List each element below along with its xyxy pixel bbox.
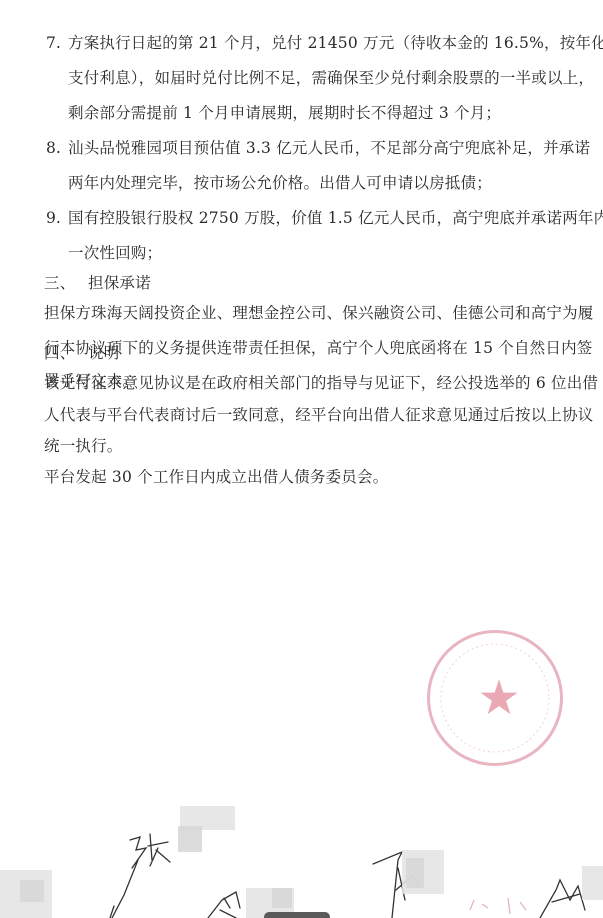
section-4-number: 四、 [44,343,75,363]
section-4-line-3: 统一执行。 [44,436,123,456]
section-3-line-1: 担保方珠海天阔投资企业、理想金控公司、保兴融资公司、佳德公司和高宁为履 [44,303,594,323]
item-number: 8. [46,138,61,158]
mosaic-blur [178,826,202,852]
star-icon: ★ [476,675,522,721]
company-seal: ★ [427,630,563,766]
section-4-line-4: 平台发起 30 个工作日内成立出借人债务委员会。 [44,467,388,487]
item-8-line-1: 汕头品悦雅园项目预估值 3.3 亿元人民币，不足部分高宁兜底补足，并承诺 [68,138,590,158]
item-9-line-1: 国有控股银行股权 2750 万股，价值 1.5 亿元人民币，高宁兜底并承诺两年内 [68,208,603,228]
item-7-line-1: 方案执行日起的第 21 个月，兑付 21450 万元（待收本金的 16.5%，按… [68,33,603,53]
section-3-line-2: 行本协议项下的义务提供连带责任担保，高宁个人兜底函将在 15 个自然日内签 [44,338,592,358]
item-number: 9. [46,208,61,228]
item-8-line-2: 两年内处理完毕，按市场公允价格。出借人可申请以房抵债； [68,173,492,193]
mosaic-blur [406,858,424,888]
mosaic-blur [272,888,292,908]
mosaic-blur [582,866,603,900]
section-4-line-1: 该兑付征求意见协议是在政府相关部门的指导与见证下，经公投选举的 6 位出借 [44,373,598,393]
document-page: 7. 方案执行日起的第 21 个月，兑付 21450 万元（待收本金的 16.5… [0,0,603,918]
item-7-line-3: 剩余部分需提前 1 个月申请展期，展期时长不得超过 3 个月； [68,103,501,123]
item-9-line-2: 一次性回购； [68,243,162,263]
seal-fragment [460,890,560,918]
section-4-heading: 说明 [88,343,119,363]
section-3-number: 三、 [44,273,75,293]
item-7-line-2: 支付利息），如届时兑付比例不足，需确保至少兑付剩余股票的一半或以上， [68,68,594,88]
item-number: 7. [46,33,61,53]
home-indicator[interactable] [264,912,330,918]
mosaic-blur [20,880,44,902]
section-4-line-2: 人代表与平台代表商讨后一致同意，经平台向出借人征求意见通过后按以上协议 [44,405,594,425]
section-3-heading: 担保承诺 [88,273,151,293]
